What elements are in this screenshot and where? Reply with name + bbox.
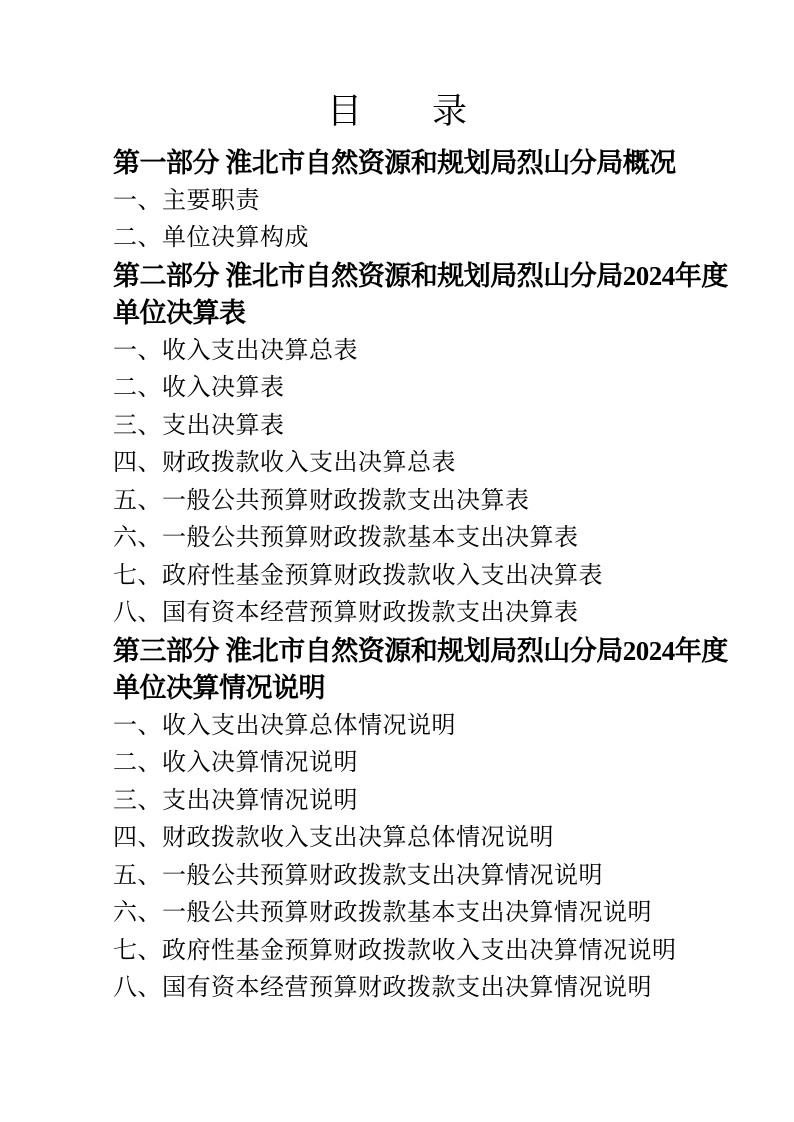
toc-section-1: 第一部分 淮北市自然资源和规划局烈山分局概况 一、主要职责 二、单位决算构成 [113,145,736,258]
toc-item: 五、一般公共预算财政拨款支出决算情况说明 [113,858,736,896]
toc-item: 一、主要职责 [113,183,736,221]
toc-item: 八、国有资本经营预算财政拨款支出决算表 [113,595,736,633]
toc-item: 五、一般公共预算财政拨款支出决算表 [113,483,736,521]
toc-content: 第一部分 淮北市自然资源和规划局烈山分局概况 一、主要职责 二、单位决算构成 第… [0,145,794,1008]
toc-item: 二、收入决算表 [113,370,736,408]
toc-item: 三、支出决算情况说明 [113,783,736,821]
toc-item: 三、支出决算表 [113,408,736,446]
toc-item: 七、政府性基金预算财政拨款收入支出决算情况说明 [113,933,736,971]
toc-item: 七、政府性基金预算财政拨款收入支出决算表 [113,558,736,596]
toc-item: 一、收入支出决算总表 [113,333,736,371]
toc-item: 二、单位决算构成 [113,220,736,258]
section-2-heading: 第二部分 淮北市自然资源和规划局烈山分局2024年度 单位决算表 [113,258,736,333]
toc-section-2: 第二部分 淮北市自然资源和规划局烈山分局2024年度 单位决算表 一、收入支出决… [113,258,736,633]
section-1-heading: 第一部分 淮北市自然资源和规划局烈山分局概况 [113,145,736,183]
section-3-heading: 第三部分 淮北市自然资源和规划局烈山分局2024年度 单位决算情况说明 [113,633,736,708]
toc-item: 八、国有资本经营预算财政拨款支出决算情况说明 [113,970,736,1008]
document-page: 目 录 第一部分 淮北市自然资源和规划局烈山分局概况 一、主要职责 二、单位决算… [0,0,794,1122]
toc-item: 四、财政拨款收入支出决算总表 [113,445,736,483]
toc-title: 目 录 [0,91,794,133]
toc-item: 六、一般公共预算财政拨款基本支出决算表 [113,520,736,558]
toc-item: 二、收入决算情况说明 [113,745,736,783]
toc-item: 四、财政拨款收入支出决算总体情况说明 [113,820,736,858]
toc-item: 六、一般公共预算财政拨款基本支出决算情况说明 [113,895,736,933]
toc-section-3: 第三部分 淮北市自然资源和规划局烈山分局2024年度 单位决算情况说明 一、收入… [113,633,736,1008]
toc-item: 一、收入支出决算总体情况说明 [113,708,736,746]
